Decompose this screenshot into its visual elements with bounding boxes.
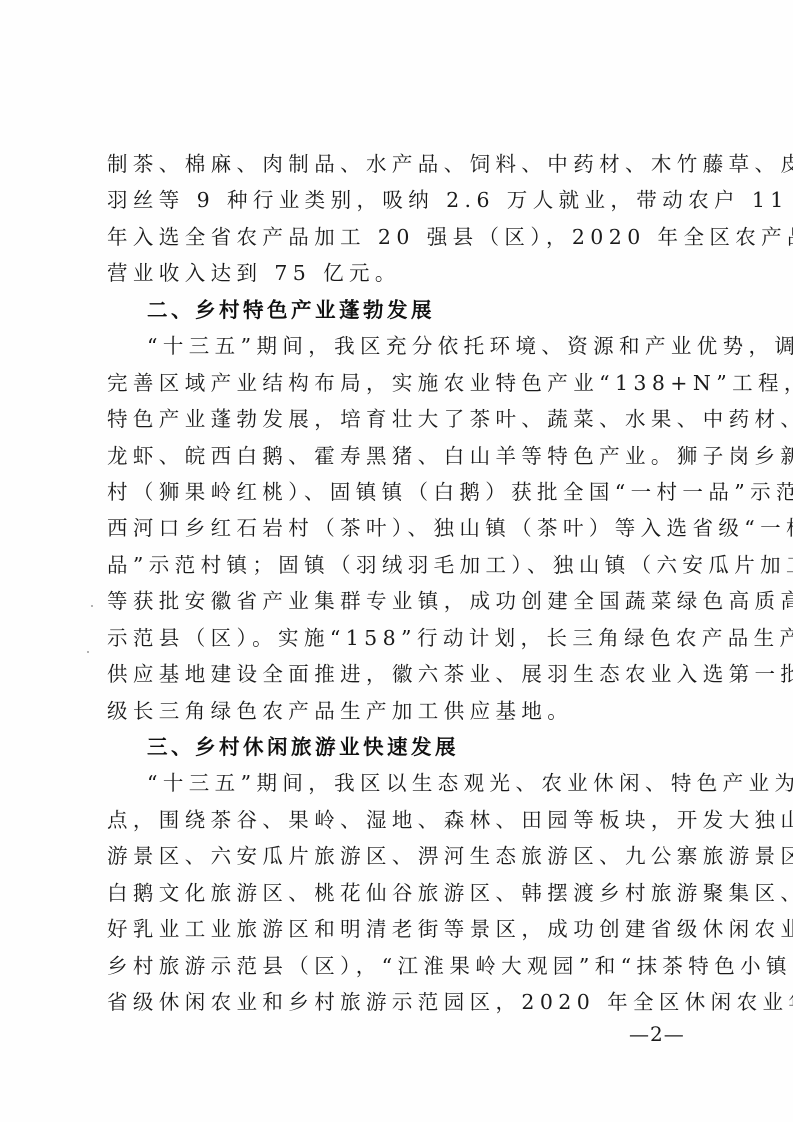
document-page: 制茶、棉麻、肉制品、水产品、饲料、中药材、木竹藤草、皮毛 羽丝等 9 种行业类别… bbox=[0, 0, 793, 1122]
text-line: 白鹅文化旅游区、桃花仙谷旅游区、韩摆渡乡村旅游聚集区、华 bbox=[107, 875, 707, 911]
section-heading-rural-leisure-tourism: 三、乡村休闲旅游业快速发展 bbox=[107, 729, 707, 765]
text-line: 龙虾、皖西白鹅、霍寿黑猪、白山羊等特色产业。狮子岗乡新华 bbox=[107, 438, 707, 474]
text-line: 点，围绕茶谷、果岭、湿地、森林、田园等板块，开发大独山旅 bbox=[107, 802, 707, 838]
text-line: 村（狮果岭红桃）、固镇镇（白鹅）获批全国“一村一品”示范村镇， bbox=[107, 474, 707, 510]
continuation-paragraph: 制茶、棉麻、肉制品、水产品、饲料、中药材、木竹藤草、皮毛 羽丝等 9 种行业类别… bbox=[107, 146, 707, 292]
text-line: 制茶、棉麻、肉制品、水产品、饲料、中药材、木竹藤草、皮毛 bbox=[107, 146, 707, 182]
text-line: 好乳业工业旅游区和明清老街等景区，成功创建省级休闲农业和 bbox=[107, 911, 707, 947]
text-line: 羽丝等 9 种行业类别，吸纳 2.6 万人就业，带动农户 11 万户，2018 bbox=[107, 182, 707, 218]
text-line: 特色产业蓬勃发展，培育壮大了茶叶、蔬菜、水果、中药材、小 bbox=[107, 401, 707, 437]
page-number: —2— bbox=[629, 1022, 685, 1046]
text-line: 营业收入达到 75 亿元。 bbox=[107, 255, 707, 291]
text-line: 西河口乡红石岩村（茶叶）、独山镇（茶叶）等入选省级“一村一 bbox=[107, 510, 707, 546]
text-line: 完善区域产业结构布局，实施农业特色产业“138+N”工程，乡村 bbox=[107, 365, 707, 401]
text-line: 等获批安徽省产业集群专业镇，成功创建全国蔬菜绿色高质高效 bbox=[107, 583, 707, 619]
text-line: 品”示范村镇；固镇（羽绒羽毛加工）、独山镇（六安瓜片加工） bbox=[107, 547, 707, 583]
text-line: 级长三角绿色农产品生产加工供应基地。 bbox=[107, 693, 707, 729]
text-line: 供应基地建设全面推进，徽六茶业、展羽生态农业入选第一批省 bbox=[107, 656, 707, 692]
document-body: 制茶、棉麻、肉制品、水产品、饲料、中药材、木竹藤草、皮毛 羽丝等 9 种行业类别… bbox=[107, 146, 707, 1021]
text-line: 示范县（区）。实施“158”行动计划，长三角绿色农产品生产加工 bbox=[107, 620, 707, 656]
scan-speck bbox=[91, 605, 93, 607]
scan-speck bbox=[87, 651, 89, 653]
text-line: “十三五”期间，我区以生态观光、农业休闲、特色产业为重 bbox=[107, 765, 707, 801]
text-line: 省级休闲农业和乡村旅游示范园区，2020 年全区休闲农业年接待 bbox=[107, 984, 707, 1020]
section-2-paragraph: “十三五”期间，我区充分依托环境、资源和产业优势，调整 完善区域产业结构布局，实… bbox=[107, 328, 707, 729]
text-line: “十三五”期间，我区充分依托环境、资源和产业优势，调整 bbox=[107, 328, 707, 364]
text-line: 乡村旅游示范县（区），“江淮果岭大观园”和“抹茶特色小镇”荣获 bbox=[107, 948, 707, 984]
text-line: 游景区、六安瓜片旅游区、淠河生态旅游区、九公寨旅游景区、 bbox=[107, 838, 707, 874]
section-3-paragraph: “十三五”期间，我区以生态观光、农业休闲、特色产业为重 点，围绕茶谷、果岭、湿地… bbox=[107, 765, 707, 1020]
section-heading-rural-specialty-industry: 二、乡村特色产业蓬勃发展 bbox=[107, 292, 707, 328]
text-line: 年入选全省农产品加工 20 强县（区），2020 年全区农产品加工业 bbox=[107, 219, 707, 255]
